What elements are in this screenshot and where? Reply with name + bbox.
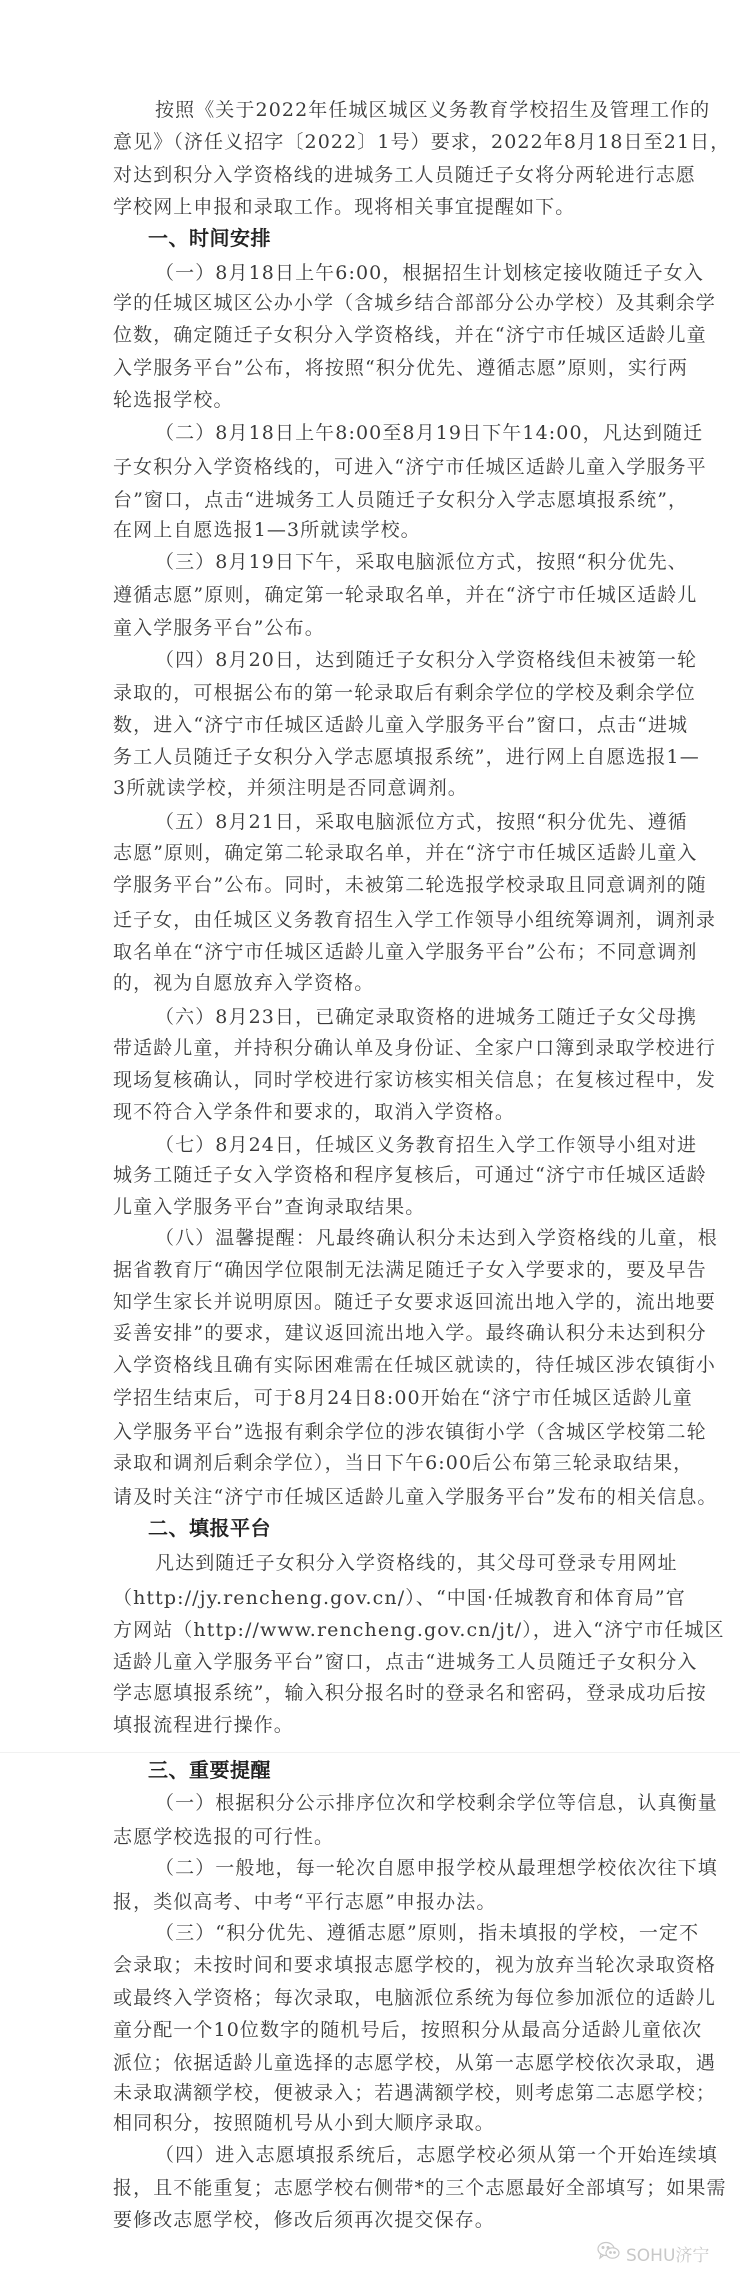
watermark-text: SOHU济宁 <box>626 2241 709 2266</box>
paragraph-line: 派位；依据适龄儿童选择的志愿学校，从第一志愿学校依次录取，遇 <box>113 2051 628 2075</box>
paragraph-line: 知学生家长并说明原因。随迁子女要求返回流出地入学的，流出地要 <box>113 1290 628 1314</box>
paragraph-line: （四）8月20日，达到随迁子女积分入学资格线但未被第一轮 <box>155 648 628 672</box>
section-heading-schedule: 一、时间安排 <box>148 225 271 251</box>
paragraph-line: 报，类似高考、中考“平行志愿”申报办法。 <box>113 1890 633 1914</box>
paragraph-line: （三）8月19日下午，采取电脑派位方式，按照“积分优先、 <box>155 550 628 574</box>
intro-line: 学校网上申报和录取工作。现将相关事宜提醒如下。 <box>113 195 633 219</box>
paragraph-line: 轮选报学校。 <box>113 388 633 412</box>
paragraph-line: （二）一般地，每一轮次自愿申报学校从最理想学校依次往下填 <box>155 1856 628 1880</box>
section-heading-platform: 二、填报平台 <box>148 1515 271 1541</box>
paragraph-line: 入学服务平台”选报有剩余学位的涉农镇街小学（含城区学校第二轮 <box>113 1420 628 1444</box>
paragraph-line: 报，且不能重复；志愿学校右侧带*的三个志愿最好全部填写；如果需 <box>113 2176 628 2200</box>
intro-line: 按照《关于2022年任城区城区义务教育学校招生及管理工作的 <box>155 98 628 122</box>
paragraph-line: （四）进入志愿填报系统后，志愿学校必须从第一个开始连续填 <box>155 2143 628 2167</box>
paragraph-line: 填报流程进行操作。 <box>113 1713 633 1737</box>
paragraph-line: 志愿”原则，确定第二轮录取名单，并在“济宁市任城区适龄儿童入 <box>113 841 628 865</box>
paragraph-line: （二）8月18日上午8:00至8月19日下午14:00，凡达到随迁 <box>155 421 628 445</box>
paragraph-line: 3所就读学校，并须注明是否同意调剂。 <box>113 776 633 800</box>
paragraph-line: 数，进入“济宁市任城区适龄儿童入学服务平台”窗口，点击“进城 <box>113 713 628 737</box>
paragraph-line: 童分配一个10位数字的随机号后，按照积分从最高分适龄儿童依次 <box>113 2018 628 2042</box>
paragraph-line: 方网站（http://www.rencheng.gov.cn/jt/），进入“济… <box>113 1618 628 1642</box>
paragraph-line: 请及时关注“济宁市任城区适龄儿童入学服务平台”发布的相关信息。 <box>113 1485 628 1509</box>
paragraph-line: （七）8月24日，任城区义务教育招生入学工作领导小组对进 <box>155 1133 628 1157</box>
paragraph-line: 志愿学校选报的可行性。 <box>113 1825 633 1849</box>
paragraph-line: 据省教育厅“确因学位限制无法满足随迁子女入学要求的，要及早告 <box>113 1258 628 1282</box>
paragraph-line: 子女积分入学资格线的，可进入“济宁市任城区适龄儿童入学服务平 <box>113 455 628 479</box>
paragraph-line: 适龄儿童入学服务平台”窗口，点击“进城务工人员随迁子女积分入 <box>113 1650 628 1674</box>
paragraph-line: （http://jy.rencheng.gov.cn/）、“中国·任城教育和体育… <box>113 1586 628 1610</box>
paragraph-line: 学的任城区城区公办小学（含城乡结合部部分公办学校）及其剩余学 <box>113 291 628 315</box>
paragraph-line: 位数，确定随迁子女积分入学资格线，并在“济宁市任城区适龄儿童 <box>113 323 628 347</box>
paragraph-line: 录取的，可根据公布的第一轮录取后有剩余学位的学校及剩余学位 <box>113 681 628 705</box>
wechat-icon <box>596 2240 622 2267</box>
paragraph-line: 入学服务平台”公布，将按照“积分优先、遵循志愿”原则，实行两 <box>113 356 628 380</box>
paragraph-line: 迁子女，由任城区义务教育招生入学工作领导小组统筹调剂，调剂录 <box>113 908 628 932</box>
paragraph-line: （六）8月23日，已确定录取资格的进城务工随迁子女父母携 <box>155 1005 628 1029</box>
paragraph-line: 或最终入学资格；每次录取，电脑派位系统为每位参加派位的适龄儿 <box>113 1986 628 2010</box>
paragraph-line: 童入学服务平台”公布。 <box>113 616 633 640</box>
paragraph-line: 带适龄儿童，并持积分确认单及身份证、全家户口簿到录取学校进行 <box>113 1036 628 1060</box>
paragraph-line: 要修改志愿学校，修改后须再次提交保存。 <box>113 2208 633 2232</box>
paragraph-line: 录取和调剂后剩余学位），当日下午6:00后公布第三轮录取结果， <box>113 1451 628 1475</box>
paragraph-line: 在网上自愿选报1—3所就读学校。 <box>113 518 633 542</box>
paragraph-line: （五）8月21日，采取电脑派位方式，按照“积分优先、遵循 <box>155 810 628 834</box>
paragraph-line: 未录取满额学校，便被录入；若遇满额学校，则考虑第二志愿学校； <box>113 2081 628 2105</box>
paragraph-line: 城务工随迁子女入学资格和程序复核后，可通过“济宁市任城区适龄 <box>113 1163 628 1187</box>
paragraph-line: 台”窗口，点击“进城务工人员随迁子女积分入学志愿填报系统”， <box>113 488 628 512</box>
paragraph-line: 务工人员随迁子女积分入学志愿填报系统”，进行网上自愿选报1— <box>113 745 628 769</box>
paragraph-line: 入学资格线且确有实际困难需在任城区就读的，待任城区涉农镇街小 <box>113 1353 628 1377</box>
paragraph-line: 凡达到随迁子女积分入学资格线的，其父母可登录专用网址 <box>155 1551 628 1575</box>
paragraph-line: 现不符合入学条件和要求的，取消入学资格。 <box>113 1100 633 1124</box>
paragraph-line: 取名单在“济宁市任城区适龄儿童入学服务平台”公布；不同意调剂 <box>113 940 628 964</box>
paragraph-line: 妥善安排”的要求，建议返回流出地入学。最终确认积分未达到积分 <box>113 1321 628 1345</box>
intro-line: 对达到积分入学资格线的进城务工人员随迁子女将分两轮进行志愿 <box>113 163 628 187</box>
document-page: 按照《关于2022年任城区城区义务教育学校招生及管理工作的 意见》（济任义招字〔… <box>0 0 740 2285</box>
paragraph-line: 学服务平台”公布。同时，未被第二轮选报学校录取且同意调剂的随 <box>113 873 628 897</box>
paragraph-line: 现场复核确认，同时学校进行家访核实相关信息；在复核过程中，发 <box>113 1068 628 1092</box>
paragraph-line: 遵循志愿”原则，确定第一轮录取名单，并在“济宁市任城区适龄儿 <box>113 583 628 607</box>
watermark: SOHU济宁 <box>596 2240 709 2266</box>
paragraph-line: （一）根据积分公示排序位次和学校剩余学位等信息，认真衡量 <box>155 1791 628 1815</box>
paragraph-line: （一）8月18日上午6:00，根据招生计划核定接收随迁子女入 <box>155 261 628 285</box>
section-divider <box>0 1752 740 1753</box>
paragraph-line: （三）“积分优先、遵循志愿”原则，指未填报的学校，一定不 <box>155 1921 628 1945</box>
paragraph-line: 学招生结束后，可于8月24日8:00开始在“济宁市任城区适龄儿童 <box>113 1386 628 1410</box>
paragraph-line: （八）温馨提醒：凡最终确认积分未达到入学资格线的儿童，根 <box>155 1226 628 1250</box>
paragraph-line: 学志愿填报系统”，输入积分报名时的登录名和密码，登录成功后按 <box>113 1681 628 1705</box>
paragraph-line: 儿童入学服务平台”查询录取结果。 <box>113 1195 633 1219</box>
intro-line: 意见》（济任义招字〔2022〕1号）要求，2022年8月18日至21日， <box>113 130 628 154</box>
paragraph-line: 的，视为自愿放弃入学资格。 <box>113 971 633 995</box>
paragraph-line: 会录取；未按时间和要求填报志愿学校的，视为放弃当轮次录取资格 <box>113 1953 628 1977</box>
section-heading-reminders: 三、重要提醒 <box>148 1757 271 1783</box>
paragraph-line: 相同积分，按照随机号从小到大顺序录取。 <box>113 2111 633 2135</box>
